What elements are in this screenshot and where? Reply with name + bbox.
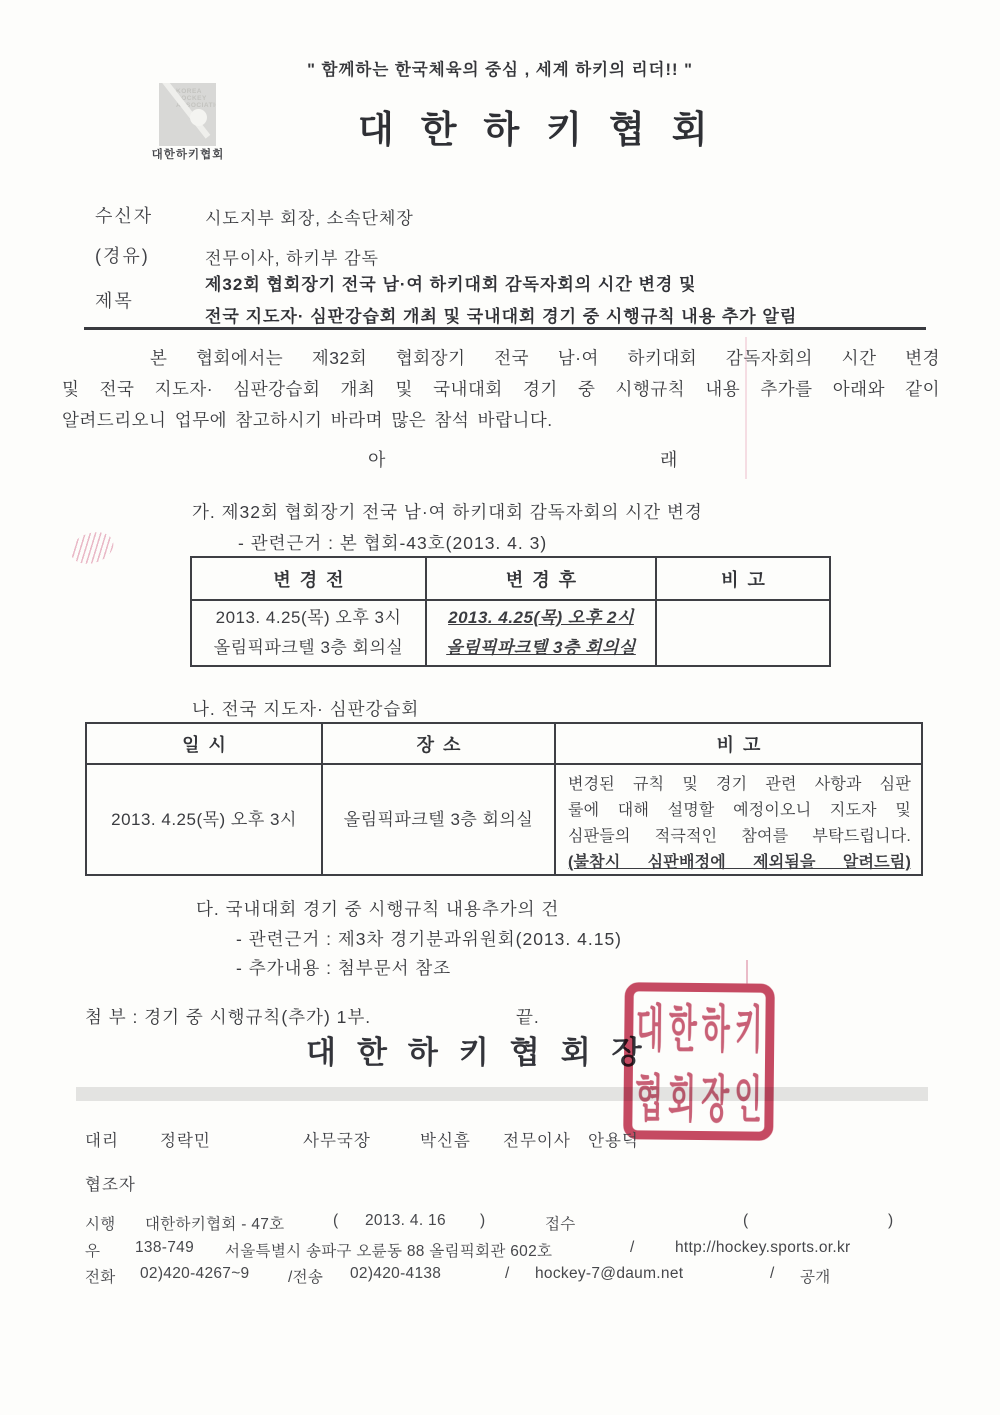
exec-doc-number: 대한하키협회 - 47호	[145, 1212, 284, 1234]
workshop-table: 일시 장소 비고 2013. 4.25(목) 오후 3시 올림픽파크텔 3층 회…	[85, 722, 923, 876]
column-header-after: 변경후	[427, 558, 657, 601]
website-url: http://hockey.sports.or.kr	[675, 1239, 851, 1257]
scan-pink-tick	[746, 960, 748, 984]
slogan: " 함께하는 한국체육의 중심 , 세계 하키의 리더!! "	[0, 56, 1000, 80]
via-value: 전무이사, 하키부 감독	[205, 244, 379, 269]
body-paragraph-line-1: 본 협회에서는 제32회 협회장기 전국 남·여 하키대회 감독자회의 시간 변…	[62, 343, 940, 374]
fax-number: 02)420-4138	[350, 1265, 441, 1283]
table-header-row: 일시 장소 비고	[87, 724, 921, 765]
subject-line-1: 제32회 협회장기 전국 남·여 하키대회 감독자회의 시간 변경 및	[205, 270, 696, 295]
subject-line-2: 전국 지도자· 심판강습회 개최 및 국내대회 경기 중 시행규칙 내용 추가 …	[205, 302, 797, 327]
body-paragraph-line-2: 및 전국 지도자· 심판강습회 개최 및 국내대회 경기 중 시행규칙 내용 추…	[62, 374, 940, 405]
body-paragraph-line-3: 알려드리오니 업무에 참고하시기 바라며 많은 참석 바랍니다.	[62, 405, 940, 436]
recipient-value: 시도지부 회장, 소속단체장	[205, 204, 414, 229]
column-header-before: 변경전	[192, 558, 427, 601]
pink-ink-smudge	[66, 527, 117, 569]
place-cell: 올림픽파크텔 3층 회의실	[323, 765, 556, 874]
tel-label: 전화	[85, 1265, 116, 1287]
logo-caption: 대한하키협회	[140, 146, 236, 162]
zip-label: 우	[85, 1239, 100, 1261]
section-a-heading: 가. 제32회 협회장기 전국 남·여 하키대회 감독자회의 시간 변경	[192, 499, 703, 524]
end-mark: 끝.	[516, 1004, 540, 1029]
signer-title: 전무이사	[503, 1127, 571, 1151]
column-header-datetime: 일시	[87, 724, 323, 765]
separator-slash: /	[505, 1265, 510, 1283]
receipt-paren-open: (	[743, 1212, 748, 1230]
datetime-cell: 2013. 4.25(목) 오후 3시	[87, 765, 323, 874]
subject-label: 제목	[95, 287, 134, 313]
address: 서울특별시 송파구 오륜동 88 올림픽회관 602호	[225, 1239, 552, 1261]
tel-number: 02)420-4267~9	[140, 1265, 249, 1283]
scanned-official-letter: " 함께하는 한국체육의 중심 , 세계 하키의 리더!! " KOREA HO…	[0, 0, 1000, 1415]
association-logo: KOREA HOCKEY ASSOCIATION	[159, 83, 216, 146]
via-label: (경유)	[95, 242, 150, 268]
section-c-basis: - 관련근거 : 제3차 경기분과위원회(2013. 4.15)	[236, 926, 622, 951]
signer-title: 대리	[85, 1127, 119, 1151]
spread-title-second: 래	[660, 446, 678, 472]
header-divider-rule	[84, 327, 926, 330]
meeting-time-change-table: 변경전 변경후 비고 2013. 4.25(목) 오후 3시 올림픽파크텔 3층…	[190, 556, 831, 667]
scan-pink-streak	[745, 337, 747, 479]
separator-slash: /	[770, 1265, 775, 1283]
signer-name: 박신흠	[420, 1127, 471, 1151]
table-row: 2013. 4.25(목) 오후 3시 올림픽파크텔 3층 회의실 2013. …	[192, 601, 829, 665]
exec-paren-close: )	[480, 1212, 485, 1230]
scan-gray-band	[76, 1087, 928, 1101]
cooperator-label: 협조자	[85, 1171, 136, 1195]
seal-char: 회	[665, 1035, 699, 1157]
receipt-label: 접수	[545, 1212, 576, 1234]
seal-char: 인	[731, 1036, 765, 1158]
hockey-ball-icon	[190, 109, 207, 126]
column-header-note: 비고	[657, 558, 829, 601]
exec-label: 시행	[85, 1212, 116, 1234]
before-cell: 2013. 4.25(목) 오후 3시 올림픽파크텔 3층 회의실	[192, 601, 427, 665]
note-cell: 변경된 규칙 및 경기 관련 사항과 심판 룰에 대해 설명할 예정이오니 지도…	[556, 765, 921, 874]
column-header-place: 장소	[323, 724, 556, 765]
section-a-basis: - 관련근거 : 본 협회-43호(2013. 4. 3)	[238, 530, 547, 555]
disclosure-label: 공개	[800, 1265, 831, 1287]
official-seal-stamp: 대 한 하 키 협 회 장 인	[623, 982, 775, 1141]
separator-slash: /	[630, 1239, 635, 1257]
spread-title-first: 아	[368, 446, 386, 472]
exec-paren-open: (	[333, 1212, 338, 1230]
zip-code: 138-749	[135, 1239, 194, 1257]
seal-char: 장	[698, 1035, 732, 1157]
table-row: 2013. 4.25(목) 오후 3시 올림픽파크텔 3층 회의실 변경된 규칙…	[87, 765, 921, 874]
receipt-paren-close: )	[888, 1212, 893, 1230]
column-header-note: 비고	[556, 724, 921, 765]
signer-title: 사무국장	[303, 1127, 371, 1151]
recipient-label: 수신자	[95, 202, 153, 228]
signature-title: 대한하키협회장	[306, 1027, 663, 1072]
after-cell: 2013. 4.25(목) 오후 2시 올림픽파크텔 3층 회의실	[427, 601, 657, 665]
exec-date: 2013. 4. 16	[365, 1212, 446, 1230]
signer-name: 정락민	[160, 1127, 211, 1151]
section-c-heading: 다. 국내대회 경기 중 시행규칙 내용추가의 건	[196, 896, 559, 921]
email-address: hockey-7@daum.net	[535, 1265, 683, 1283]
fax-label: /전송	[288, 1265, 323, 1287]
attachment-line: 첨 부 : 경기 중 시행규칙(추가) 1부.	[85, 1004, 371, 1029]
organization-title: 대한하키협회	[358, 99, 734, 153]
table-header-row: 변경전 변경후 비고	[192, 558, 829, 601]
note-cell-empty	[657, 601, 829, 665]
section-b-heading: 나. 전국 지도자· 심판강습회	[192, 696, 419, 721]
section-c-content: - 추가내용 : 첨부문서 참조	[236, 955, 451, 980]
signer-name: 안용덕	[588, 1127, 639, 1151]
